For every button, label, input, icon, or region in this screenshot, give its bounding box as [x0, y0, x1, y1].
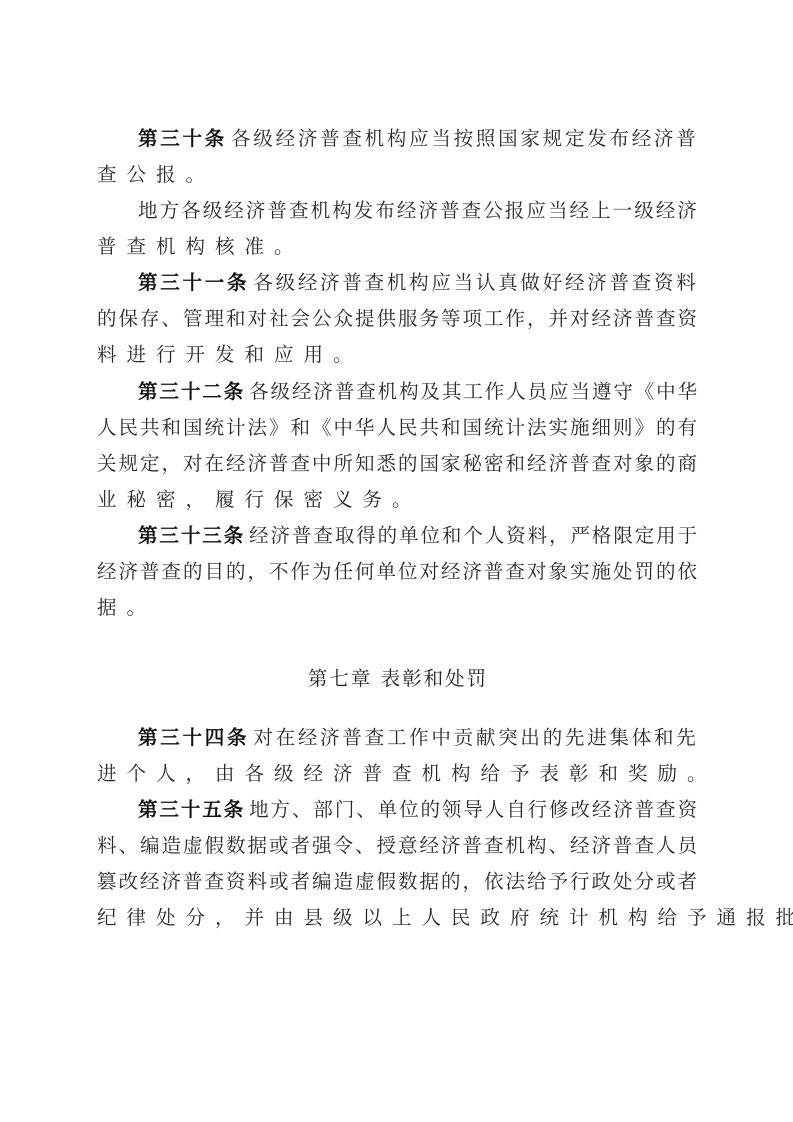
article-35-line-4: 纪律处分，并由县级以上人民政府统计机构给予通报批评。	[97, 903, 793, 933]
article-text: 各级经济普查机构应当按照国家规定发布经济普	[231, 127, 698, 150]
article-text: 地方、部门、单位的领导人自行修改经济普查资	[249, 798, 699, 821]
article-30-para-2-line-1: 地方各级经济普查机构发布经济普查公报应当经上一级经济	[138, 196, 699, 226]
article-30-para-2-line-2: 普查机构核准。	[97, 232, 304, 262]
article-text: 对在经济普查工作中贡献突出的先进集体和先	[253, 726, 698, 749]
chapter-heading: 第七章 表彰和处罚	[97, 664, 699, 694]
article-32-line-3: 关规定，对在经济普查中所知悉的国家秘密和经济普查对象的商	[97, 449, 699, 479]
article-33-line-3: 据。	[97, 593, 156, 623]
article-33-line-2: 经济普查的目的，不作为任何单位对经济普查对象实施处罚的依	[97, 557, 699, 587]
article-35-line-1: 第三十五条地方、部门、单位的领导人自行修改经济普查资	[138, 795, 699, 825]
article-31-line-2: 的保存、管理和对社会公众提供服务等项工作，并对经济普查资	[97, 304, 699, 334]
article-text: 各级经济普查机构应当认真做好经济普查资料	[253, 271, 698, 294]
article-label: 第三十五条	[138, 798, 245, 821]
article-32-line-2: 人民共和国统计法》和《中华人民共和国统计法实施细则》的有	[97, 413, 699, 443]
article-label: 第三十一条	[138, 271, 249, 294]
article-31-line-1: 第三十一条各级经济普查机构应当认真做好经济普查资料	[138, 268, 699, 298]
article-label: 第三十条	[138, 127, 227, 150]
article-label: 第三十四条	[138, 726, 249, 749]
article-30-line-1: 第三十条各级经济普查机构应当按照国家规定发布经济普	[138, 124, 699, 154]
article-text: 各级经济普查机构及其工作人员应当遵守《中华	[249, 380, 699, 403]
article-32-line-1: 第三十二条各级经济普查机构及其工作人员应当遵守《中华	[138, 377, 699, 407]
article-label: 第三十二条	[138, 380, 245, 403]
article-34-line-1: 第三十四条对在经济普查工作中贡献突出的先进集体和先	[138, 723, 699, 753]
article-35-line-3: 篡改经济普查资料或者编造虚假数据的，依法给予行政处分或者	[97, 867, 699, 897]
article-35-line-2: 料、编造虚假数据或者强令、授意经济普查机构、经济普查人员	[97, 831, 699, 861]
article-31-line-3: 料进行开发和应用。	[97, 340, 363, 370]
article-34-line-2: 进个人，由各级经济普查机构给予表彰和奖励。	[97, 759, 717, 789]
article-32-line-4: 业秘密，履行保密义务。	[97, 485, 422, 515]
article-33-line-1: 第三十三条经济普查取得的单位和个人资料，严格限定用于	[138, 521, 699, 551]
article-text: 经济普查取得的单位和个人资料，严格限定用于	[249, 524, 699, 547]
article-30-line-2: 查公报。	[97, 160, 215, 190]
article-label: 第三十三条	[138, 524, 245, 547]
